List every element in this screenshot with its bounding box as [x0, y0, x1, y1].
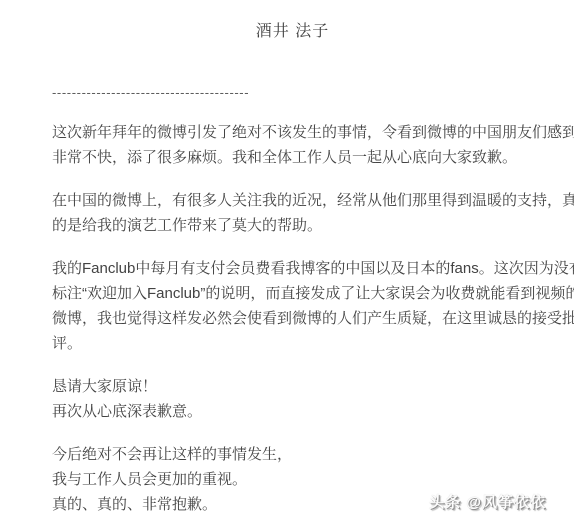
page-title: 酒井 法子 [52, 22, 533, 42]
text-line: 我的Fanclub中每月有支付会员费看我博客的中国以及日本的fans。这次因为没… [52, 256, 553, 281]
paragraph: 我的Fanclub中每月有支付会员费看我博客的中国以及日本的fans。这次因为没… [52, 256, 553, 356]
text-line: 在中国的微博上，有很多人关注我的近况，经常从他们那里得到温暖的支持，真 [52, 188, 553, 213]
paragraphs: 这次新年拜年的微博引发了绝对不该发生的事情，令看到微博的中国朋友们感到非常不快，… [52, 120, 553, 517]
text-line: 标注“欢迎加入Fanclub”的说明，而直接发成了让大家误会为收费就能看到视频的 [52, 281, 553, 306]
paragraph: 在中国的微博上，有很多人关注我的近况，经常从他们那里得到温暖的支持，真的是给我的… [52, 188, 553, 238]
toutiao-watermark: 头条 @风筝依依 [429, 491, 546, 512]
text-line: 再次从心底深表歉意。 [52, 399, 553, 424]
text-line: 的是给我的演艺工作带来了莫大的帮助。 [52, 213, 553, 238]
paragraph: 恳请大家原谅！再次从心底深表歉意。 [52, 374, 553, 424]
text-line: 非常不快，添了很多麻烦。我和全体工作人员一起从心底向大家致歉。 [52, 145, 553, 170]
text-line: 这次新年拜年的微博引发了绝对不该发生的事情，令看到微博的中国朋友们感到 [52, 120, 553, 145]
text-line: 恳请大家原谅！ [52, 374, 553, 399]
apology-statement-document: 酒井 法子 ----------------------------------… [0, 0, 574, 520]
text-line: 我与工作人员会更加的重视。 [52, 467, 553, 492]
paragraph: 这次新年拜年的微博引发了绝对不该发生的事情，令看到微博的中国朋友们感到非常不快，… [52, 120, 553, 170]
text-line: 今后绝对不会再让这样的事情发生， [52, 442, 553, 467]
text-line: 微博，我也觉得这样发必然会使看到微博的人们产生质疑，在这里诚恳的接受批 [52, 306, 553, 331]
text-line: 评。 [52, 331, 553, 356]
dashed-divider: ---------------------------------------- [52, 80, 553, 105]
